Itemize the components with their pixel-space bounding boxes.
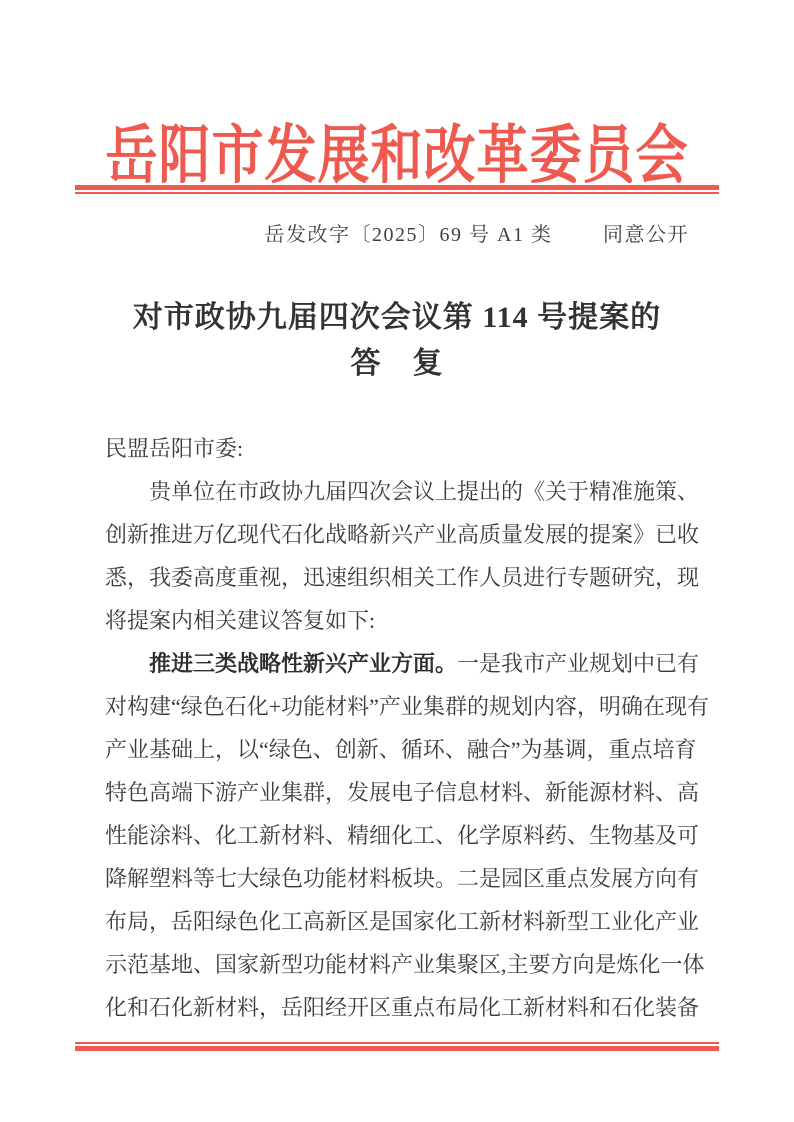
body-line: 对构建“绿色石化+功能材料”产业集群的规划内容，明确在现有 — [105, 685, 693, 728]
body-line: 创新推进万亿现代石化战略新兴产业高质量发展的提案》已收 — [105, 513, 693, 556]
publicity-label: 同意公开 — [603, 224, 689, 246]
document-page: 岳阳市发展和改革委员会 岳发改字〔2025〕69 号 A1 类 同意公开 对市政… — [0, 0, 794, 1122]
body-line: 民盟岳阳市委: — [105, 427, 693, 470]
letterhead: 岳阳市发展和改革委员会 — [0, 0, 794, 194]
body-line: 推进三类战略性新兴产业方面。一是我市产业规划中已有 — [105, 642, 693, 685]
body-line: 化和石化新材料，岳阳经开区重点布局化工新材料和石化装备 — [105, 986, 693, 1029]
body-line: 产业基础上，以“绿色、创新、循环、融合”为基调，重点培育 — [105, 728, 693, 771]
body-line: 将提案内相关建议答复如下: — [105, 599, 693, 642]
rule-thin-bar — [75, 1042, 719, 1044]
doc-title: 对市政协九届四次会议第 114 号提案的 答 复 — [0, 295, 794, 387]
body-line: 悉，我委高度重视，迅速组织相关工作人员进行专题研究，现 — [105, 556, 693, 599]
doc-title-line1: 对市政协九届四次会议第 114 号提案的 — [0, 295, 794, 341]
footer-rule — [75, 1042, 719, 1051]
body-line: 布局，岳阳绿色化工高新区是国家化工新材料新型工业化产业 — [105, 900, 693, 943]
rule-thick-bar — [75, 1046, 719, 1051]
body-line: 贵单位在市政协九届四次会议上提出的《关于精准施策、 — [105, 470, 693, 513]
doc-title-line2: 答 复 — [0, 341, 794, 387]
document-body: 民盟岳阳市委:贵单位在市政协九届四次会议上提出的《关于精准施策、创新推进万亿现代… — [105, 427, 693, 1029]
body-line: 降解塑料等七大绿色功能材料板块。二是园区重点发展方向有 — [105, 857, 693, 900]
body-line-bold-lead: 推进三类战略性新兴产业方面。 — [149, 651, 457, 676]
body-line: 特色高端下游产业集群，发展电子信息材料、新能源材料、高 — [105, 771, 693, 814]
body-line: 示范基地、国家新型功能材料产业集聚区,主要方向是炼化一体 — [105, 943, 693, 986]
doc-meta-row: 岳发改字〔2025〕69 号 A1 类 同意公开 — [0, 222, 794, 249]
letterhead-agency-name: 岳阳市发展和改革委员会 — [0, 0, 794, 195]
body-line: 性能涂料、化工新材料、精细化工、化学原料药、生物基及可 — [105, 814, 693, 857]
doc-number: 岳发改字〔2025〕69 号 A1 类 — [265, 224, 553, 246]
